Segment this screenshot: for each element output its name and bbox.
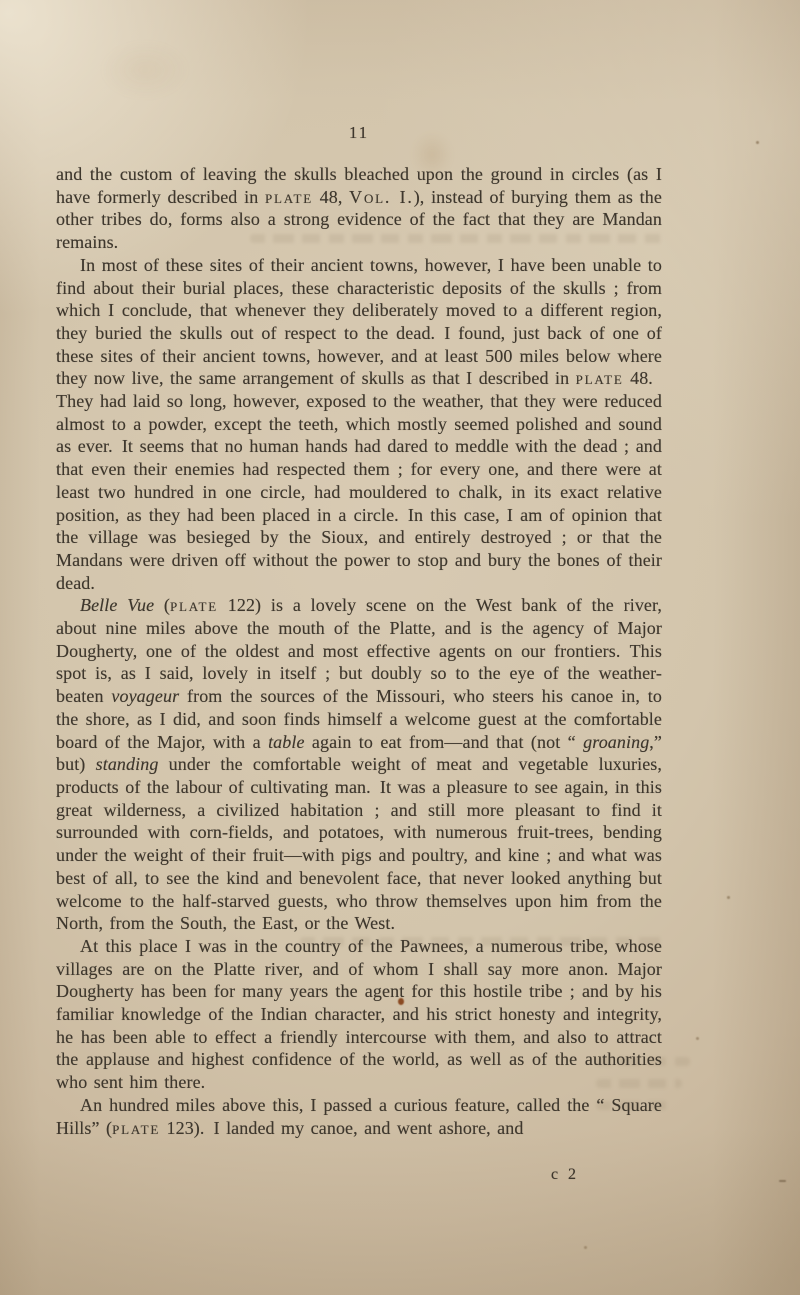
paragraph: An hundred miles above this, I passed a … — [56, 1094, 662, 1139]
paragraph: and the custom of leaving the skulls ble… — [56, 163, 662, 254]
paragraph: Belle Vue (plate 122) is a lovely scene … — [56, 594, 662, 935]
paragraph: In most of these sites of their ancient … — [56, 254, 662, 595]
signature-mark: c 2 — [490, 1166, 640, 1184]
book-page: 11 and the custom of leaving the skulls … — [0, 0, 800, 1295]
ink-speck — [779, 1180, 786, 1182]
ink-speck — [727, 896, 730, 899]
ink-speck — [696, 1037, 699, 1040]
paper-stain — [100, 40, 190, 100]
paragraph: At this place I was in the country of th… — [56, 935, 662, 1094]
ink-speck — [584, 1246, 587, 1249]
page-number: 11 — [56, 123, 662, 143]
ink-speck — [756, 141, 759, 144]
body-text: and the custom of leaving the skulls ble… — [56, 163, 662, 1139]
